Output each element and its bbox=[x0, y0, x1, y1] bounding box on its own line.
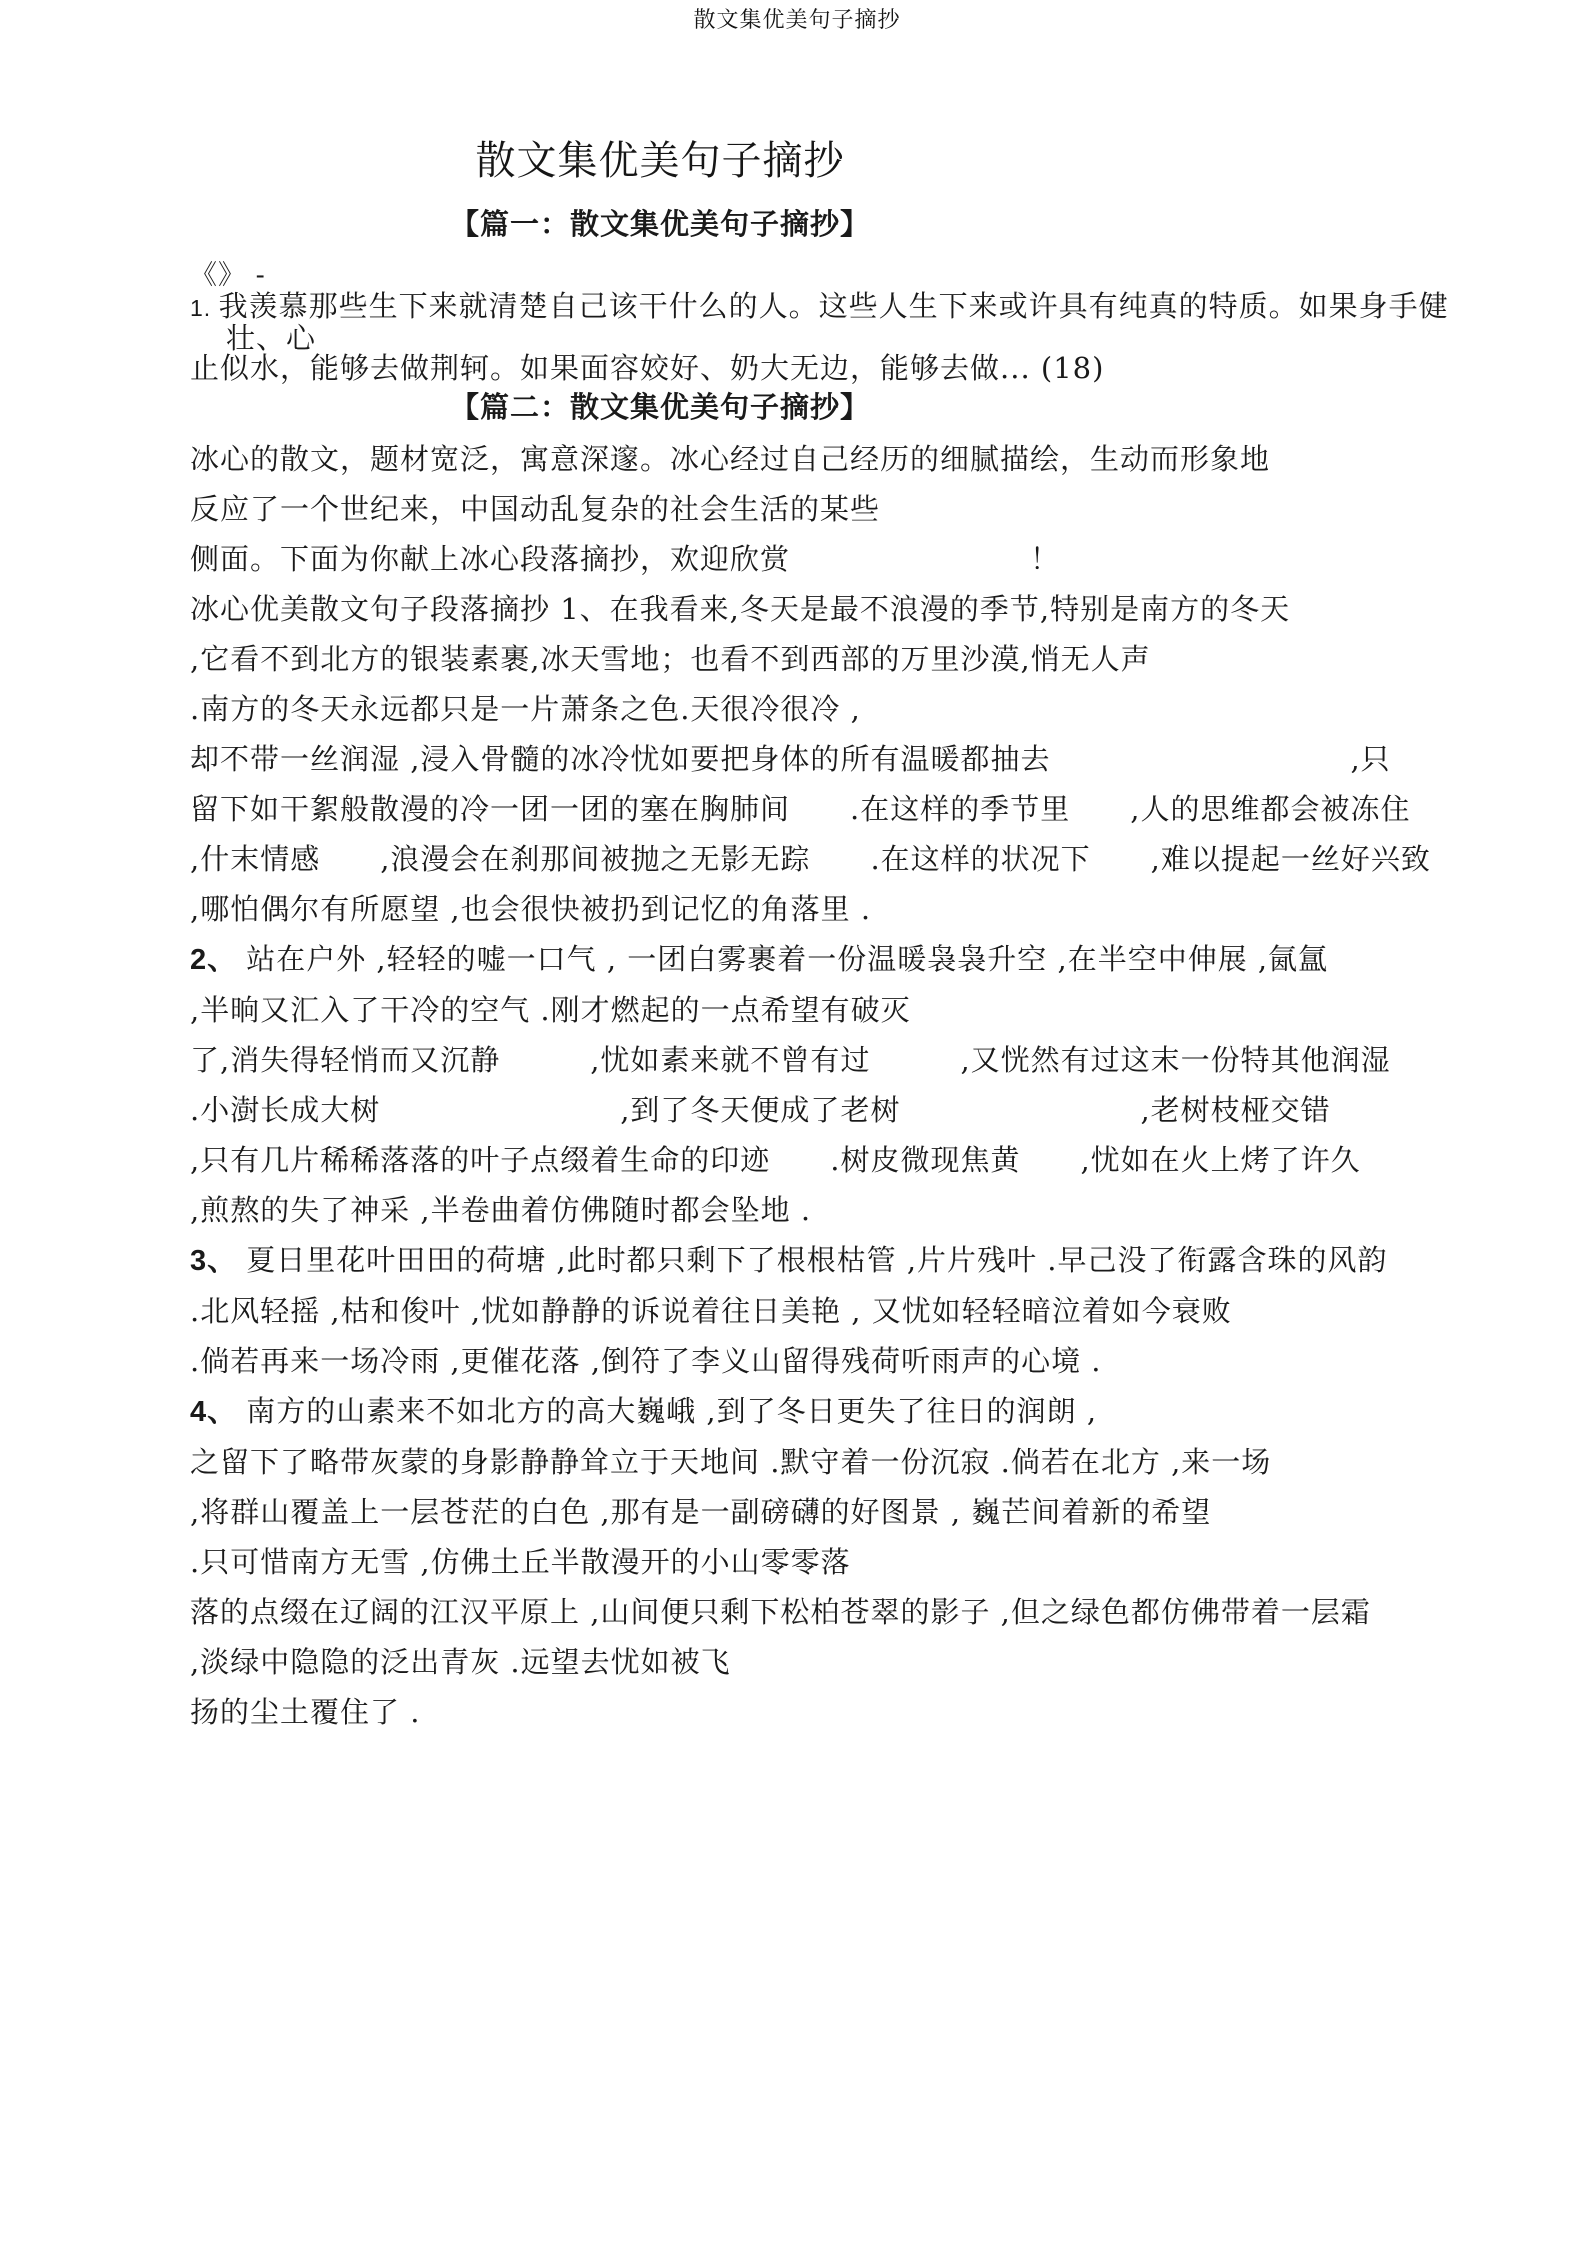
paragraph-line: 冰心优美散文句子段落摘抄 1、在我看来,冬天是最不浪漫的季节,特别是南方的冬天 bbox=[190, 594, 1490, 624]
line-text: 却不带一丝润湿 ,浸入骨髓的冰冷忧如要把身体的所有温暖都抽去 ,只 bbox=[190, 742, 1391, 776]
paragraph-line: ,只有几片稀稀落落的叶子点缀着生命的印迹 .树皮微现焦黄 ,忧如在火上烤了许久 bbox=[190, 1145, 1490, 1175]
line-text: 夏日里花叶田田的荷塘 ,此时都只剩下了根根枯管 ,片片残叶 .早己没了衔露含珠的… bbox=[246, 1243, 1387, 1277]
line-text: .只可惜南方无雪 ,仿佛土丘半散漫开的小山零零落 bbox=[190, 1545, 851, 1579]
paragraph-line: 了,消失得轻悄而又沉静 ,忧如素来就不曾有过 ,又恍然有过这末一份特其他润湿 bbox=[190, 1045, 1490, 1075]
line-text: 站在户外 ,轻轻的嘘一口气 , 一团白雾裹着一份温暖袅袅升空 ,在半空中伸展 ,… bbox=[246, 942, 1328, 976]
line-text: 冰心的散文，题材宽泛，寓意深邃。冰心经过自己经历的细腻描绘，生动而形象地 bbox=[190, 442, 1270, 476]
line-text: 南方的山素来不如北方的高大巍峨 ,到了冬日更失了往日的润朗 , bbox=[246, 1394, 1097, 1428]
paragraph-line: .小澍长成大树 ,到了冬天便成了老树 ,老树枝桠交错 bbox=[190, 1095, 1490, 1125]
document-page: 散文集优美句子摘抄 散文集优美句子摘抄 【篇一：散文集优美句子摘抄】《》 -1.… bbox=[0, 0, 1594, 2255]
paragraph-line: 反应了一个世纪来，中国动乱复杂的社会生活的某些 bbox=[190, 494, 1490, 524]
line-text: 冰心优美散文句子段落摘抄 1、在我看来,冬天是最不浪漫的季节,特别是南方的冬天 bbox=[190, 592, 1290, 626]
paragraph-line: .南方的冬天永远都只是一片萧条之色.天很冷很冷 , bbox=[190, 694, 1490, 724]
paragraph-line: ,什末情感 ,浪漫会在刹那间被抛之无影无踪 .在这样的状况下 ,难以提起一丝好兴… bbox=[190, 844, 1490, 874]
paragraph-line: 4、 南方的山素来不如北方的高大巍峨 ,到了冬日更失了往日的润朗 , bbox=[190, 1396, 1490, 1427]
list-number: 4、 bbox=[190, 1396, 246, 1428]
line-text: ,它看不到北方的银装素裹,冰天雪地；也看不到西部的万里沙漠,悄无人声 bbox=[190, 642, 1151, 676]
line-text: 反应了一个世纪来，中国动乱复杂的社会生活的某些 bbox=[190, 492, 880, 526]
paragraph-line: ,煎熬的失了神采 ,半卷曲着仿佛随时都会坠地 . bbox=[190, 1195, 1490, 1225]
paragraph-line: .倘若再来一场冷雨 ,更催花落 ,倒符了李义山留得残荷听雨声的心境 . bbox=[190, 1346, 1490, 1376]
line-text: 壮、心 bbox=[226, 321, 316, 355]
line-text: ,煎熬的失了神采 ,半卷曲着仿佛随时都会坠地 . bbox=[190, 1193, 811, 1227]
paragraph-line: 壮、心 bbox=[190, 323, 1490, 353]
line-text: 侧面。下面为你献上冰心段落摘抄，欢迎欣赏 ！ bbox=[190, 542, 1060, 576]
line-text: 落的点缀在辽阔的江汉平原上 ,山间便只剩下松柏苍翠的影子 ,但之绿色都仿佛带着一… bbox=[190, 1595, 1371, 1629]
document-body: 【篇一：散文集优美句子摘抄】《》 -1. 我羡慕那些生下来就清楚自己该干什么的人… bbox=[190, 208, 1490, 1727]
paragraph-line: 止似水，能够去做荆轲。如果面容姣好、奶大无边，能够去做... (18) bbox=[190, 353, 1490, 383]
section-heading: 【篇一：散文集优美句子摘抄】 bbox=[190, 208, 1130, 240]
paragraph-line: 扬的尘土覆住了 . bbox=[190, 1697, 1490, 1727]
page-header: 散文集优美句子摘抄 bbox=[0, 0, 1594, 34]
paragraph-line: 却不带一丝润湿 ,浸入骨髓的冰冷忧如要把身体的所有温暖都抽去 ,只 bbox=[190, 744, 1490, 774]
line-text: 止似水，能够去做荆轲。如果面容姣好、奶大无边，能够去做... (18) bbox=[190, 351, 1104, 385]
paragraph-line: ,半晌又汇入了干冷的空气 .刚才燃起的一点希望有破灭 bbox=[190, 995, 1490, 1025]
line-text: 【篇一：散文集优美句子摘抄】 bbox=[450, 207, 870, 241]
line-text: 留下如干絮般散漫的冷一团一团的塞在胸肺间 .在这样的季节里 ,人的思维都会被冻住 bbox=[190, 792, 1410, 826]
paragraph-line: .北风轻摇 ,枯和俊叶 ,忧如静静的诉说着往日美艳 , 又忧如轻轻暗泣着如今衰败 bbox=[190, 1296, 1490, 1326]
line-text: 《》 - bbox=[190, 260, 266, 291]
line-text: ,将群山覆盖上一层苍茫的白色 ,那有是一副磅礴的好图景 , 巍芒间着新的希望 bbox=[190, 1495, 1211, 1529]
list-number: 1. bbox=[190, 295, 219, 321]
paragraph-line: 留下如干絮般散漫的冷一团一团的塞在胸肺间 .在这样的季节里 ,人的思维都会被冻住 bbox=[190, 794, 1490, 824]
line-text: ,半晌又汇入了干冷的空气 .刚才燃起的一点希望有破灭 bbox=[190, 993, 911, 1027]
paragraph-line: 2、 站在户外 ,轻轻的嘘一口气 , 一团白雾裹着一份温暖袅袅升空 ,在半空中伸… bbox=[190, 944, 1490, 975]
list-number: 3、 bbox=[190, 1245, 246, 1277]
paragraph-line: 冰心的散文，题材宽泛，寓意深邃。冰心经过自己经历的细腻描绘，生动而形象地 bbox=[190, 444, 1490, 474]
line-text: ,只有几片稀稀落落的叶子点缀着生命的印迹 .树皮微现焦黄 ,忧如在火上烤了许久 bbox=[190, 1143, 1361, 1177]
line-text: 之留下了略带灰蒙的身影静静耸立于天地间 .默守着一份沉寂 .倘若在北方 ,来一场 bbox=[190, 1445, 1271, 1479]
paragraph-line: 落的点缀在辽阔的江汉平原上 ,山间便只剩下松柏苍翠的影子 ,但之绿色都仿佛带着一… bbox=[190, 1597, 1490, 1627]
paragraph-line: 《》 - bbox=[190, 261, 1490, 291]
paragraph-line: 之留下了略带灰蒙的身影静静耸立于天地间 .默守着一份沉寂 .倘若在北方 ,来一场 bbox=[190, 1447, 1490, 1477]
list-number: 2、 bbox=[190, 944, 246, 976]
paragraph-line: ,淡绿中隐隐的泛出青灰 .远望去忧如被飞 bbox=[190, 1647, 1490, 1677]
line-text: .南方的冬天永远都只是一片萧条之色.天很冷很冷 , bbox=[190, 692, 861, 726]
paragraph-line: 侧面。下面为你献上冰心段落摘抄，欢迎欣赏 ！ bbox=[190, 544, 1490, 574]
line-text: .小澍长成大树 ,到了冬天便成了老树 ,老树枝桠交错 bbox=[190, 1093, 1331, 1127]
paragraph-line: 1. 我羡慕那些生下来就清楚自己该干什么的人。这些人生下来或许具有纯真的特质。如… bbox=[190, 291, 1490, 323]
line-text: ,哪怕偶尔有所愿望 ,也会很快被扔到记忆的角落里 . bbox=[190, 892, 871, 926]
paragraph-line: 3、 夏日里花叶田田的荷塘 ,此时都只剩下了根根枯管 ,片片残叶 .早己没了衔露… bbox=[190, 1245, 1490, 1276]
paragraph-line: ,将群山覆盖上一层苍茫的白色 ,那有是一副磅礴的好图景 , 巍芒间着新的希望 bbox=[190, 1497, 1490, 1527]
line-text: .倘若再来一场冷雨 ,更催花落 ,倒符了李义山留得残荷听雨声的心境 . bbox=[190, 1344, 1102, 1378]
line-text: 扬的尘土覆住了 . bbox=[190, 1695, 420, 1729]
document-title: 散文集优美句子摘抄 bbox=[0, 138, 1320, 184]
line-text: 了,消失得轻悄而又沉静 ,忧如素来就不曾有过 ,又恍然有过这末一份特其他润湿 bbox=[190, 1043, 1391, 1077]
paragraph-line: .只可惜南方无雪 ,仿佛土丘半散漫开的小山零零落 bbox=[190, 1547, 1490, 1577]
line-text: ,淡绿中隐隐的泛出青灰 .远望去忧如被飞 bbox=[190, 1645, 731, 1679]
line-text: 我羡慕那些生下来就清楚自己该干什么的人。这些人生下来或许具有纯真的特质。如果身手… bbox=[219, 289, 1449, 323]
paragraph-line: ,哪怕偶尔有所愿望 ,也会很快被扔到记忆的角落里 . bbox=[190, 894, 1490, 924]
line-text: .北风轻摇 ,枯和俊叶 ,忧如静静的诉说着往日美艳 , 又忧如轻轻暗泣着如今衰败 bbox=[190, 1294, 1232, 1328]
paragraph-line: ,它看不到北方的银装素裹,冰天雪地；也看不到西部的万里沙漠,悄无人声 bbox=[190, 644, 1490, 674]
section-heading: 【篇二：散文集优美句子摘抄】 bbox=[190, 391, 1130, 423]
line-text: 【篇二：散文集优美句子摘抄】 bbox=[450, 390, 870, 424]
line-text: ,什末情感 ,浪漫会在刹那间被抛之无影无踪 .在这样的状况下 ,难以提起一丝好兴… bbox=[190, 842, 1431, 876]
